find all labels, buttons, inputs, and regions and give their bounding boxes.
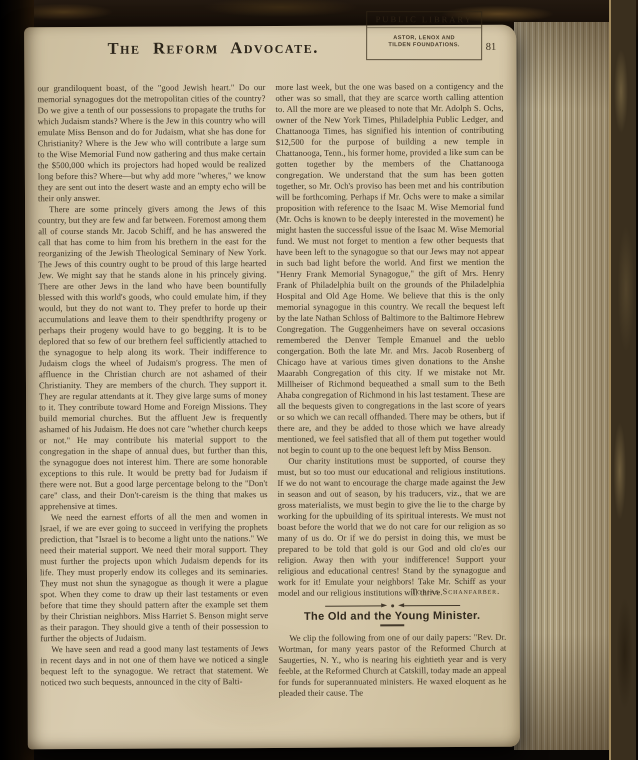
paragraph: We clip the following from one of our da… [278, 631, 506, 698]
paragraph: We need the earnest efforts of all the m… [40, 511, 269, 644]
magazine-page: The Reform Advocate. 81 PUBLIC LIBRARY A… [24, 25, 520, 750]
journal-title: The Reform Advocate. [60, 38, 366, 60]
library-stamp-title: PUBLIC LIBRARY [367, 12, 481, 28]
section-heading-rule [380, 624, 404, 626]
book-marbled-cover [609, 0, 636, 760]
ornament-arrow-icon [381, 603, 387, 607]
page-number: 81 [486, 42, 497, 53]
page-header: The Reform Advocate. 81 PUBLIC LIBRARY A… [24, 25, 516, 84]
text-columns: our grandiloquent boast, of the "good Je… [37, 81, 506, 743]
scanned-book-photo: The Reform Advocate. 81 PUBLIC LIBRARY A… [0, 0, 638, 760]
ornament-line [325, 605, 381, 606]
book-fore-edge-pages [514, 22, 615, 750]
paragraph: There are some princely givers among the… [38, 203, 268, 512]
library-stamp-foundations: ASTOR, LENOX AND TILDEN FOUNDATIONS. [367, 28, 481, 48]
left-column: our grandiloquent boast, of the "good Je… [37, 82, 268, 743]
paragraph: more last week, but the one was based on… [275, 81, 505, 456]
right-column: more last week, but the one was based on… [275, 81, 506, 742]
library-stamp: PUBLIC LIBRARY ASTOR, LENOX AND TILDEN F… [366, 11, 482, 60]
ornament-line [404, 605, 460, 606]
paragraph: Our charity institutions must be support… [277, 455, 506, 599]
paragraph: We have seen and read a good many last t… [40, 643, 268, 688]
library-stamp-line3: TILDEN FOUNDATIONS. [367, 42, 481, 49]
ornament-dot-icon [391, 604, 394, 607]
divider-ornament [278, 603, 506, 608]
section-heading: The Old and the Young Minister. [278, 610, 506, 623]
paragraph: our grandiloquent boast, of the "good Je… [37, 82, 266, 204]
